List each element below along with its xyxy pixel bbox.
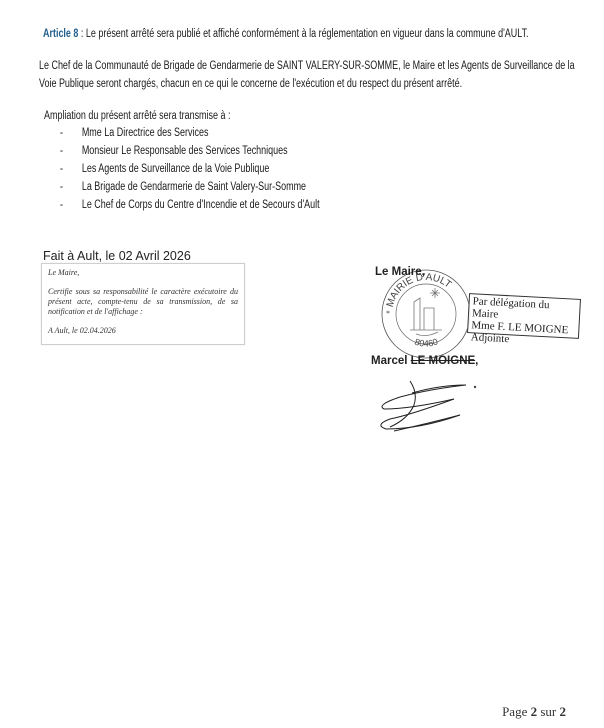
fait-a-date: Fait à Ault, le 02 Avril 2026: [43, 249, 191, 263]
article-label: Article 8: [43, 28, 78, 40]
mayor-name-suffix: ,: [475, 355, 478, 367]
execution-line-2: Voie Publique seront chargés, chacun en …: [39, 75, 575, 93]
mayor-name: Marcel LE MOIGNE,: [371, 355, 478, 367]
ampliation-item: -Monsieur Le Responsable des Services Te…: [60, 145, 288, 157]
bullet-dash: -: [60, 181, 82, 193]
ampliation-item: -Les Agents de Surveillance de la Voie P…: [60, 163, 269, 175]
bullet-dash: -: [60, 163, 82, 175]
certification-header: Le Maire,: [48, 268, 238, 278]
item-text: Mme La Directrice des Services: [82, 127, 209, 139]
bullet-dash: -: [60, 145, 82, 157]
bullet-dash: -: [60, 199, 82, 211]
total-pages: 2: [560, 704, 567, 719]
page-number: Page 2 sur 2: [502, 704, 566, 720]
item-text: Monsieur Le Responsable des Services Tec…: [82, 145, 288, 157]
article-text: Le présent arrêté sera publié et affiché…: [86, 28, 529, 40]
svg-text:*: *: [386, 309, 390, 318]
mayor-first-name: Marcel: [371, 355, 411, 367]
item-text: Les Agents de Surveillance de la Voie Pu…: [82, 163, 270, 175]
item-text: La Brigade de Gendarmerie de Saint Valer…: [82, 181, 306, 193]
certification-body: Certifie sous sa responsabilité le carac…: [48, 287, 238, 317]
seal-bottom-text: 80460: [413, 336, 439, 348]
delegation-stamp: Par délégation du Maire Mme F. LE MOIGNE…: [467, 293, 581, 339]
ampliation-title: Ampliation du présent arrêté sera transm…: [44, 110, 230, 122]
bullet-dash: -: [60, 127, 82, 139]
ampliation-item: -Mme La Directrice des Services: [60, 127, 208, 139]
handwritten-signature-icon: [370, 375, 480, 435]
current-page: 2: [531, 704, 538, 719]
execution-line-1: Le Chef de la Communauté de Brigade de G…: [39, 57, 575, 75]
svg-text:80460: 80460: [413, 336, 439, 348]
execution-paragraph: Le Chef de la Communauté de Brigade de G…: [39, 57, 575, 93]
item-text: Le Chef de Corps du Centre d'Incendie et…: [82, 199, 320, 211]
certification-box: Le Maire, Certifie sous sa responsabilit…: [41, 263, 245, 345]
signature-title: Le Maire,: [375, 266, 425, 278]
of-word: sur: [540, 704, 556, 719]
ampliation-item: -Le Chef de Corps du Centre d'Incendie e…: [60, 199, 320, 211]
article-separator: :: [78, 28, 85, 40]
town-hall-seal-icon: MAIRIE D'AULT 80460 *: [380, 268, 472, 360]
article-8: Article 8 : Le présent arrêté sera publi…: [43, 28, 529, 40]
ampliation-item: -La Brigade de Gendarmerie de Saint Vale…: [60, 181, 306, 193]
certification-date: A Ault, le 02.04.2026: [48, 326, 238, 336]
page-word: Page: [502, 704, 527, 719]
mayor-last-name: LE MOIGNE: [411, 355, 476, 367]
